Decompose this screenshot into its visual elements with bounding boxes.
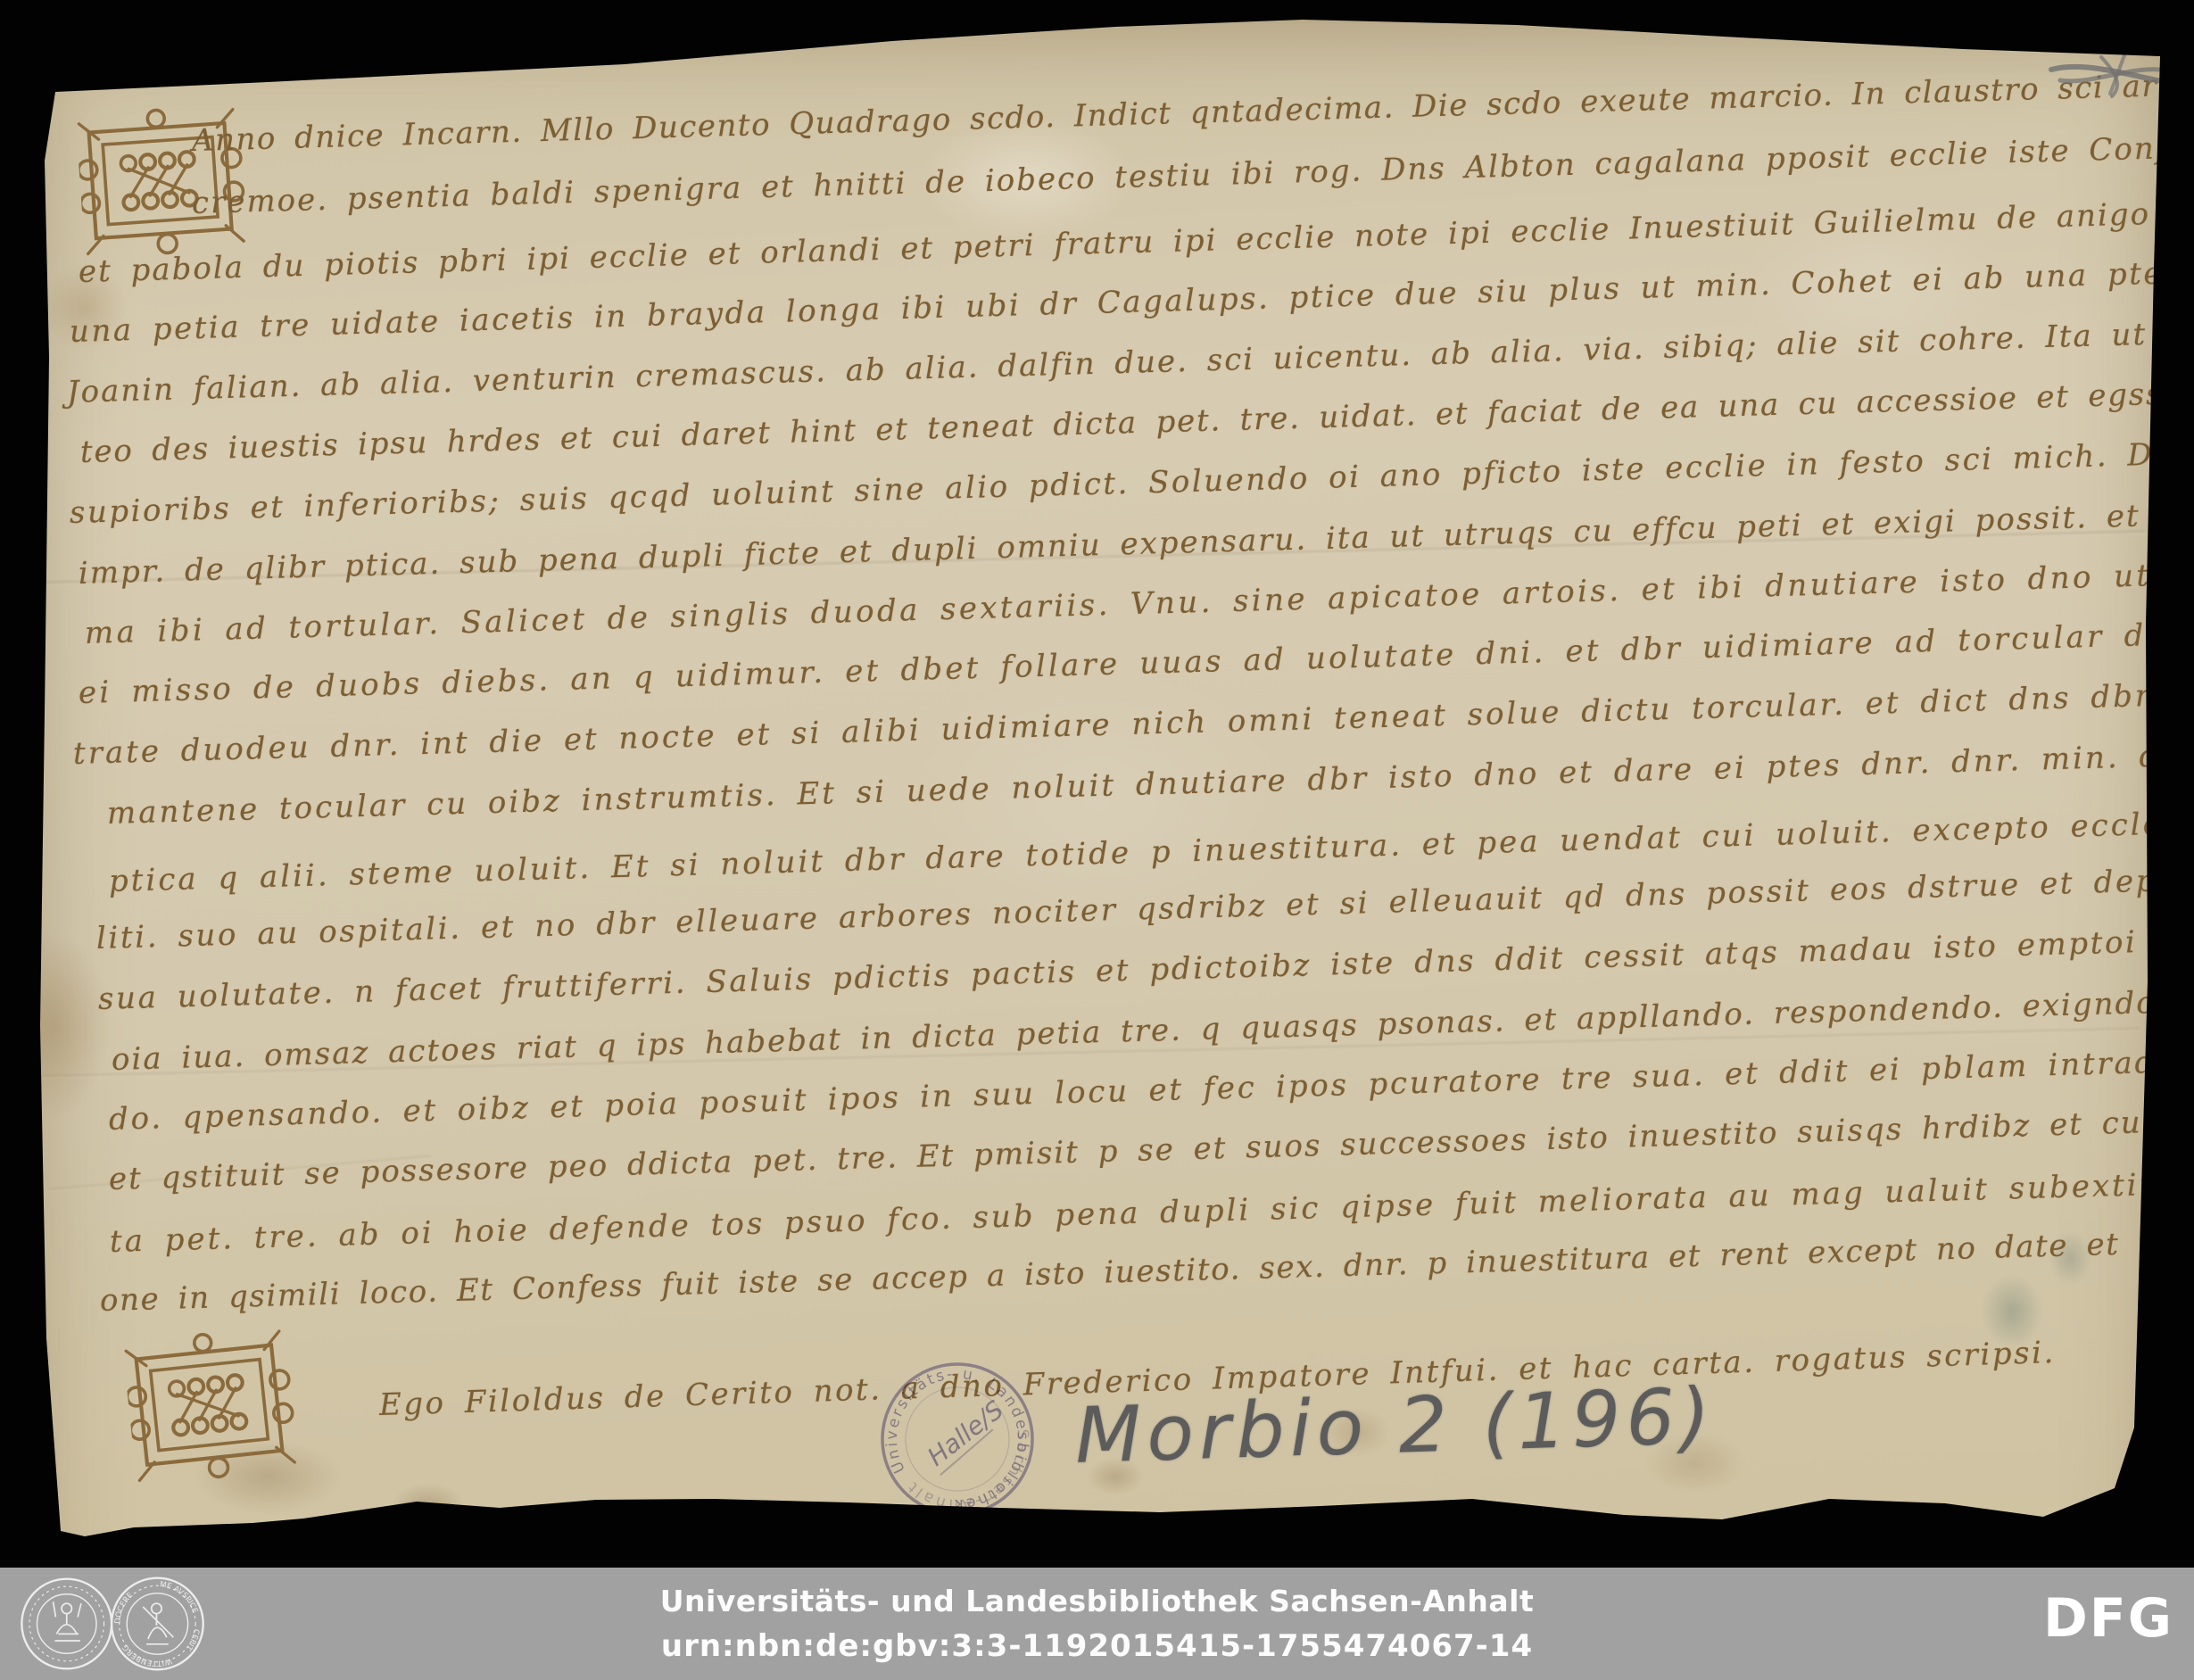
urn-label: urn:nbn:de:gbv:3:3-1192015415-1755474067…: [0, 1628, 2194, 1664]
notary-mark-icon: [122, 1323, 302, 1493]
shelfmark-pencil-note: Morbio 2 (196): [1073, 1371, 1717, 1481]
svg-text:Halle/S: Halle/S: [922, 1394, 1009, 1471]
dfg-logo: DFG: [2043, 1587, 2173, 1650]
library-stamp-icon: Universitäts- u. Landesbibliothek Sachse…: [820, 1302, 1096, 1577]
metadata-footer-bar: ME AVSPICE CEPIT WITTENBERG DOCERE Unive…: [0, 1568, 2194, 1680]
scan-viewport: Anno dnice Incarn. Mllo Ducento Quadrago…: [0, 0, 2194, 1680]
pencil-scribble-icon: [2048, 45, 2182, 107]
parchment-charter: Anno dnice Incarn. Mllo Ducento Quadrago…: [0, 0, 2194, 1680]
library-name-label: Universitäts- und Landesbibliothek Sachs…: [0, 1584, 2194, 1618]
